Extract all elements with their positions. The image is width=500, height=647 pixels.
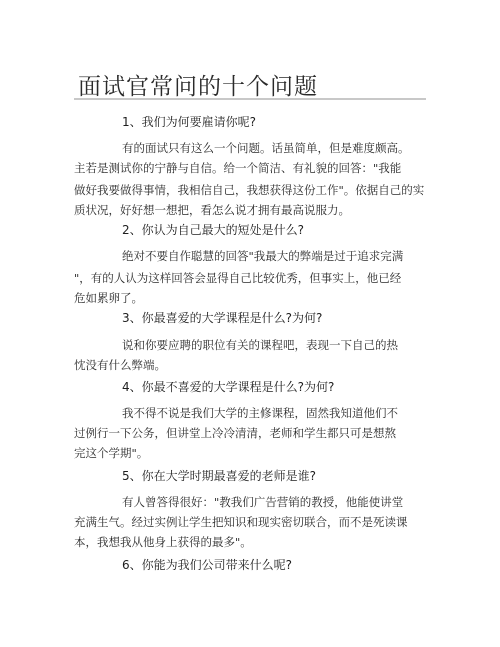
question-1: 1、我们为何要雇请你呢?: [122, 113, 256, 130]
question-5: 5、你在大学时期最喜爱的老师是谁?: [122, 467, 316, 484]
answer-1: 有的面试只有这么一个问题。话虽简单，但是难度颇高。 主若是测试你的宁静与自信。给…: [74, 138, 430, 220]
question-3: 3、你最喜爱的大学课程是什么?为何?: [122, 309, 322, 326]
answer-line: 有的面试只有这么一个问题。话虽简单，但是难度颇高。: [74, 138, 430, 158]
answer-line: 质状况，好好想一想把，看怎么说才拥有最高说服力。: [74, 200, 430, 220]
answer-line: 忱没有什么弊端。: [74, 355, 430, 375]
page-title: 面试官常问的十个问题: [78, 68, 318, 101]
answer-line: 主若是测试你的宁静与自信。给一个简洁、有礼貌的回答："我能: [74, 158, 430, 178]
answer-5: 有人曾答得很好："教我们广告营销的教授，他能使讲堂 充满生气。经过实例让学生把知…: [74, 492, 430, 552]
answer-4: 我不得不说是我们大学的主修课程，固然我知道他们不 过例行一下公务，但讲堂上冷冷清…: [74, 403, 430, 463]
answer-line: 有人曾答得很好："教我们广告营销的教授，他能使讲堂: [74, 492, 430, 512]
answer-line: 危如累卵了。: [74, 288, 430, 308]
answer-line: "，有的人认为这样回答会显得自己比较优秀，但事实上，他已经: [74, 268, 430, 288]
title-divider: [74, 98, 426, 100]
answer-line: 说和你要应聘的职位有关的课程吧，表现一下自己的热: [74, 335, 430, 355]
answer-line: 过例行一下公务，但讲堂上冷冷清清，老师和学生都只可是想熬: [74, 423, 430, 443]
question-4: 4、你最不喜爱的大学课程是什么?为何?: [122, 378, 334, 395]
answer-line: 绝对不要自作聪慧的回答"我最大的弊端是过于追求完满: [74, 246, 430, 266]
answer-line: 做好我要做得事情，我相信自己，我想获得这份工作"。依据自己的实: [74, 180, 430, 200]
answer-line: 充满生气。经过实例让学生把知识和现实密切联合，而不是死读课: [74, 512, 430, 532]
answer-line: 本，我想我从他身上获得的最多"。: [74, 532, 430, 552]
answer-3: 说和你要应聘的职位有关的课程吧，表现一下自己的热 忱没有什么弊端。: [74, 335, 430, 375]
question-6: 6、你能为我们公司带来什么呢?: [122, 556, 292, 573]
question-2: 2、你认为自己最大的短处是什么?: [122, 221, 304, 238]
document-page: 面试官常问的十个问题 1、我们为何要雇请你呢? 有的面试只有这么一个问题。话虽简…: [0, 0, 500, 647]
answer-line: 我不得不说是我们大学的主修课程，固然我知道他们不: [74, 403, 430, 423]
answer-2: 绝对不要自作聪慧的回答"我最大的弊端是过于追求完满 "，有的人认为这样回答会显得…: [74, 246, 430, 308]
answer-line: 完这个学期"。: [74, 443, 430, 463]
